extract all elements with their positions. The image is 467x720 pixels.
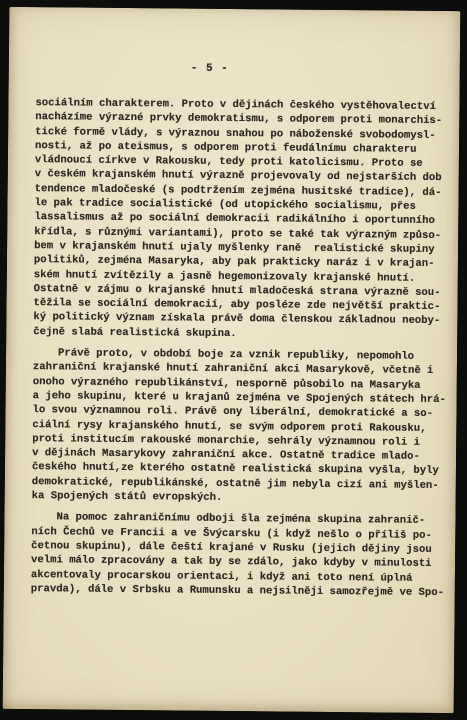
page-text: sociálním charakterem. Proto v dějinách … [31, 96, 448, 600]
paragraph: Právě proto, v období boje za vznik repu… [32, 346, 445, 507]
scanned-page: - 5 - sociálním charakterem. Proto v děj… [3, 7, 461, 713]
paragraph: Na pomoc zahraničnímu odboji šla zejména… [31, 510, 444, 600]
page-number: - 5 - [191, 62, 460, 79]
paragraph: sociálním charakterem. Proto v dějinách … [33, 96, 447, 343]
text-line: pravda), dále v Srbsku a Rumunsku a nejs… [31, 582, 443, 600]
